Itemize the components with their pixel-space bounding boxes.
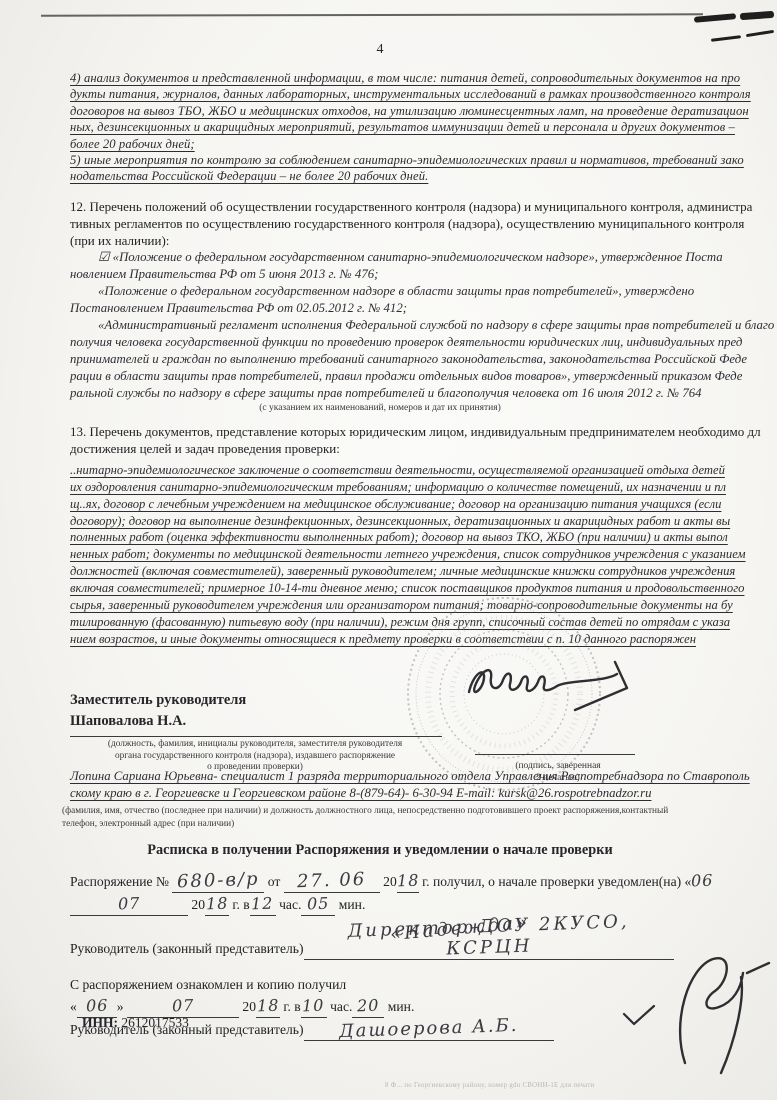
hour-label: час. — [330, 999, 352, 1014]
representative-signature — [655, 945, 775, 1085]
notified-hour-field: 12 — [250, 893, 276, 916]
year-prefix: 20 — [191, 897, 205, 912]
order-date-value: 27. 06 — [297, 869, 367, 892]
receipt-line-1: Распоряжение № 680-в/р от 27. 06 2018 г.… — [70, 870, 777, 893]
notified-min-field: 05 — [301, 893, 335, 916]
copy-month-value: 07 — [171, 995, 194, 1017]
receipt-heading: Расписка в получении Распоряжения и увед… — [70, 842, 690, 859]
scan-footer-text: 8 Ф... по Георгиевскому району, номер gd… — [385, 1082, 765, 1089]
scan-mark — [746, 30, 774, 37]
minute-label: мин. — [388, 999, 415, 1014]
order-date-field: 27. 06 — [284, 870, 380, 893]
section-12-item-2: «Положение о федеральном государственном… — [70, 283, 777, 317]
copy-min-value: 20 — [357, 995, 380, 1017]
scan-mark — [740, 11, 774, 20]
copy-year-field: 18 — [256, 995, 280, 1018]
minute-label: мин. — [339, 897, 366, 912]
notified-min-value: 05 — [307, 893, 330, 915]
at-label: г. в — [232, 897, 249, 912]
section-12-item-1: ☑ «Положение о федеральном государственн… — [70, 249, 777, 283]
hour-label: час. — [279, 897, 301, 912]
notified-year-field: 18 — [205, 893, 229, 916]
order-year-value: 18 — [396, 870, 419, 892]
copy-hour-value: 10 — [302, 995, 325, 1017]
quote-open: « — [70, 999, 77, 1014]
inn-label: ИНН: — [82, 1015, 118, 1030]
scan-top-line — [41, 13, 703, 16]
notified-month-value: 07 — [117, 893, 140, 915]
notified-year-value: 18 — [205, 893, 228, 915]
notified-day-value: 06 — [691, 870, 714, 892]
document-body: 4 4) анализ документов и представленной … — [70, 42, 777, 648]
check-stroke — [620, 1000, 660, 1030]
copy-hour-field: 10 — [301, 995, 327, 1018]
contact-person: Лопина Сариана Юрьевна- специалист 1 раз… — [70, 768, 770, 802]
signer-name: Шаповалова Н.А. — [70, 711, 710, 732]
head-label: Руководитель (законный представитель) — [70, 941, 304, 956]
paragraph-4-5: 4) анализ документов и представленной ин… — [70, 70, 777, 185]
signature-underline — [475, 750, 635, 755]
from-label: от — [268, 874, 281, 889]
received-label: г. получил, о начале проверки уведомлен(… — [422, 874, 691, 889]
order-label: Распоряжение № — [70, 874, 169, 889]
scan-mark — [711, 35, 741, 42]
order-year-field: 18 — [397, 870, 419, 893]
quote-close: » — [117, 999, 124, 1014]
inn-value: 2612017533 — [121, 1015, 189, 1030]
head2-name-value: Дашоерова А.Б. — [338, 1015, 518, 1042]
inn-line: ИНН: 2612017533 — [82, 1015, 189, 1031]
copy-day-value: 06 — [85, 995, 108, 1017]
scanned-document-page: 4 4) анализ документов и представленной … — [0, 0, 777, 1100]
copy-year-value: 18 — [256, 995, 279, 1017]
contact-footnote: (фамилия, имя, отчество (последнее при н… — [62, 805, 762, 830]
page-number: 4 — [70, 42, 690, 58]
copy-min-field: 20 — [352, 995, 384, 1018]
signer-position: Заместитель руководителя — [70, 690, 710, 711]
signer-underline — [70, 732, 442, 737]
head2-name-field: Дашоерова А.Б. — [304, 1018, 554, 1041]
section-12-item-3: «Административный регламент исполнения Ф… — [70, 317, 777, 402]
section-12-footnote: (с указанием их наименований, номеров и … — [70, 403, 690, 413]
section-13-intro: 13. Перечень документов, представление к… — [70, 423, 777, 457]
year-prefix: 20 — [242, 999, 256, 1014]
at-label: г. в — [283, 999, 300, 1014]
notified-hour-value: 12 — [251, 893, 274, 915]
year-prefix: 20 — [383, 874, 397, 889]
signer-block: Заместитель руководителя Шаповалова Н.А.… — [70, 690, 710, 774]
section-12-intro: 12. Перечень положений об осуществлении … — [70, 198, 777, 249]
order-number-value: 680-в/р — [177, 869, 260, 893]
order-number-field: 680-в/р — [172, 870, 264, 893]
notified-month-field: 07 — [70, 893, 188, 916]
